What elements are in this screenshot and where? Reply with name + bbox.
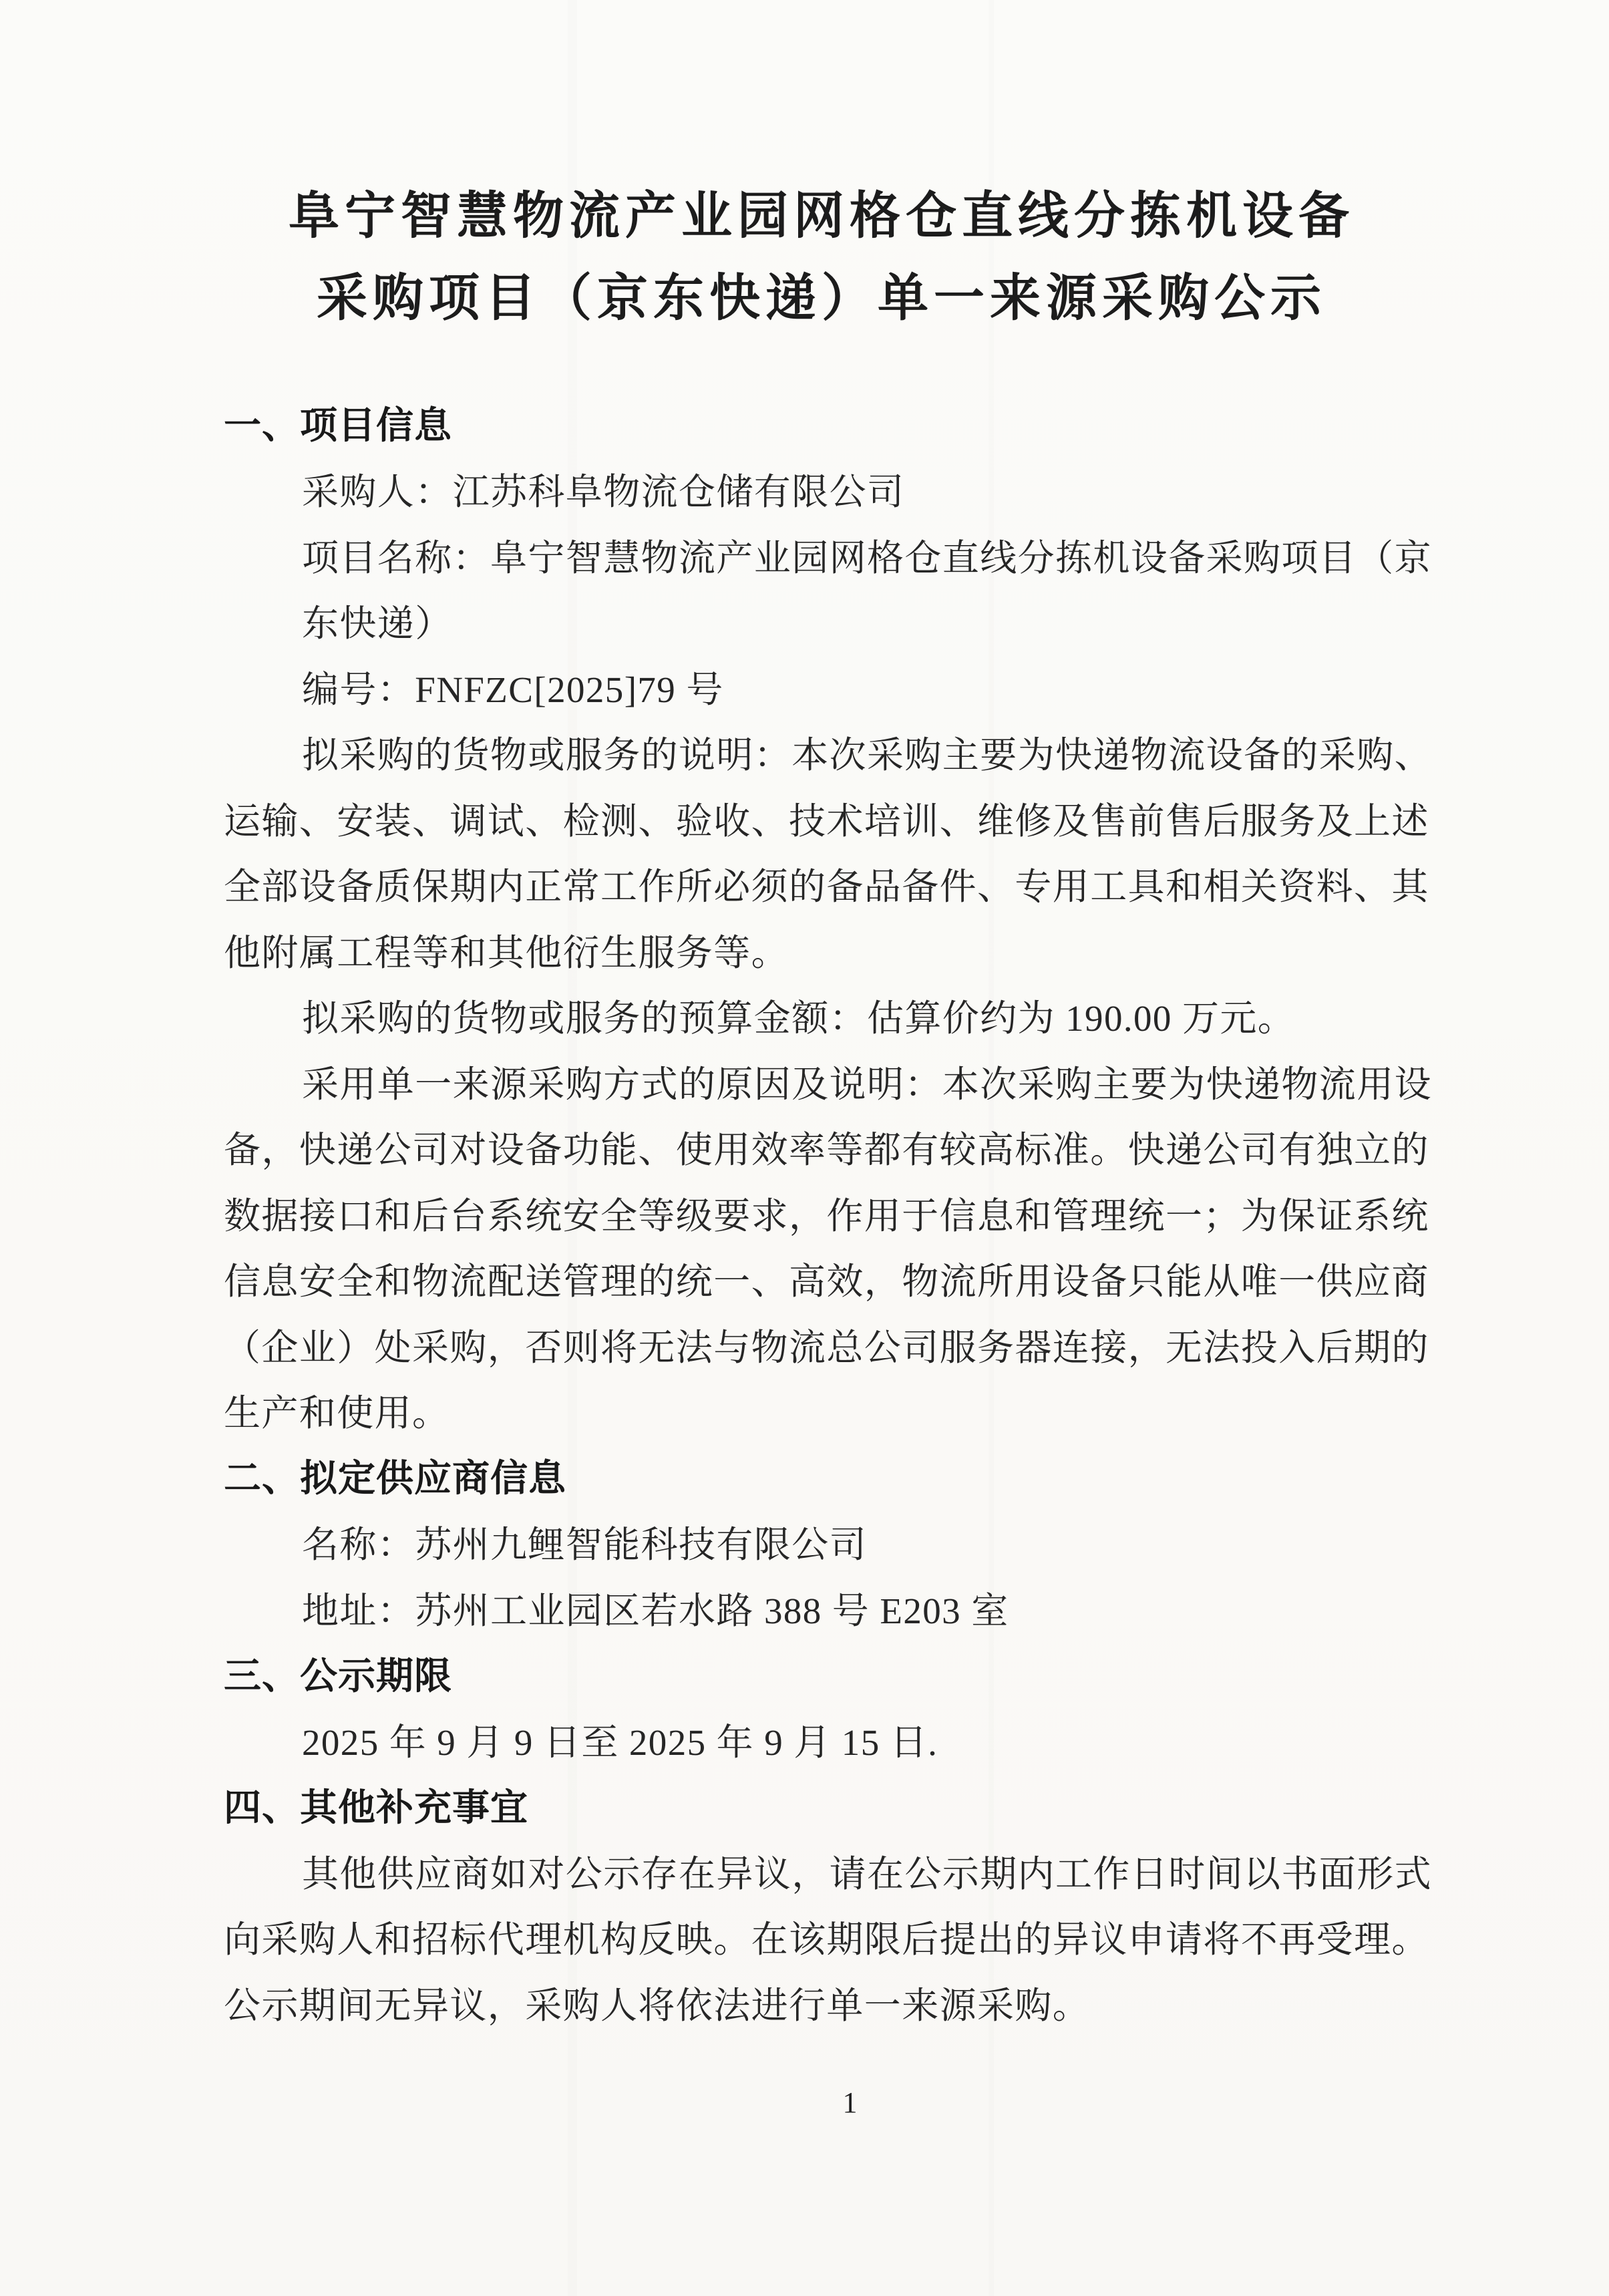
- section-heading-supplier-info: 二、拟定供应商信息: [224, 1443, 1446, 1509]
- paragraph-line-objection: 其他供应商如对公示存在异议，请在公示期内工作日时间以书面形式: [224, 1838, 1446, 1904]
- paragraph-line-goods-description-cont: 他附属工程等和其他衍生服务等。: [224, 917, 1446, 983]
- paragraph-line-reference-number: 编号：FNFZC[2025]79 号: [224, 653, 1446, 719]
- paragraph-line-single-source-reason-cont: 数据接口和后台系统安全等级要求，作用于信息和管理统一；为保证系统: [224, 1180, 1446, 1246]
- paragraph-line-budget: 拟采购的货物或服务的预算金额：估算价约为 190.00 万元。: [224, 983, 1446, 1049]
- paragraph-line-supplier-address: 地址：苏州工业园区若水路 388 号 E203 室: [224, 1575, 1446, 1641]
- paragraph-line-single-source-reason-cont: 信息安全和物流配送管理的统一、高效，物流所用设备只能从唯一供应商: [224, 1246, 1446, 1312]
- scanned-document-page: 阜宁智慧物流产业园网格仓直线分拣机设备 采购项目（京东快递）单一来源采购公示 一…: [0, 0, 1609, 2296]
- page-number: 1: [224, 2083, 1429, 2123]
- paragraph-line-goods-description: 拟采购的货物或服务的说明：本次采购主要为快递物流设备的采购、: [224, 719, 1446, 786]
- paragraph-line-goods-description-cont: 运输、安装、调试、检测、验收、技术培训、维修及售前售后服务及上述: [224, 785, 1446, 851]
- title-line-2: 采购项目（京东快递）单一来源采购公示: [200, 258, 1443, 340]
- paragraph-line-supplier-name: 名称：苏州九鲤智能科技有限公司: [224, 1509, 1446, 1575]
- document-title: 阜宁智慧物流产业园网格仓直线分拣机设备 采购项目（京东快递）单一来源采购公示: [200, 176, 1443, 340]
- paragraph-line-objection-cont: 向采购人和招标代理机构反映。在该期限后提出的异议申请将不再受理。: [224, 1904, 1446, 1970]
- section-heading-project-info: 一、项目信息: [224, 390, 1446, 456]
- paragraph-line-project-name-cont: 东快递）: [224, 588, 1446, 654]
- document-body: 一、项目信息 采购人：江苏科阜物流仓储有限公司 项目名称：阜宁智慧物流产业园网格…: [224, 390, 1446, 2035]
- paragraph-line-single-source-reason-cont: 备，快递公司对设备功能、使用效率等都有较高标准。快递公司有独立的: [224, 1114, 1446, 1180]
- paragraph-line-single-source-reason: 采用单一来源采购方式的原因及说明：本次采购主要为快递物流用设: [224, 1048, 1446, 1114]
- paragraph-line-goods-description-cont: 全部设备质保期内正常工作所必须的备品备件、专用工具和相关资料、其: [224, 851, 1446, 917]
- title-line-1: 阜宁智慧物流产业园网格仓直线分拣机设备: [200, 176, 1443, 258]
- paragraph-line-single-source-reason-cont: 生产和使用。: [224, 1377, 1446, 1444]
- paragraph-line-objection-cont: 公示期间无异议，采购人将依法进行单一来源采购。: [224, 1969, 1446, 2035]
- section-heading-publicity-period: 三、公示期限: [224, 1641, 1446, 1707]
- section-heading-other-matters: 四、其他补充事宜: [224, 1772, 1446, 1838]
- paragraph-line-project-name: 项目名称：阜宁智慧物流产业园网格仓直线分拣机设备采购项目（京: [224, 522, 1446, 588]
- paragraph-line-single-source-reason-cont: （企业）处采购，否则将无法与物流总公司服务器连接，无法投入后期的: [224, 1311, 1446, 1377]
- paragraph-line-publicity-dates: 2025 年 9 月 9 日至 2025 年 9 月 15 日.: [224, 1706, 1446, 1772]
- paragraph-line-purchaser: 采购人：江苏科阜物流仓储有限公司: [224, 456, 1446, 522]
